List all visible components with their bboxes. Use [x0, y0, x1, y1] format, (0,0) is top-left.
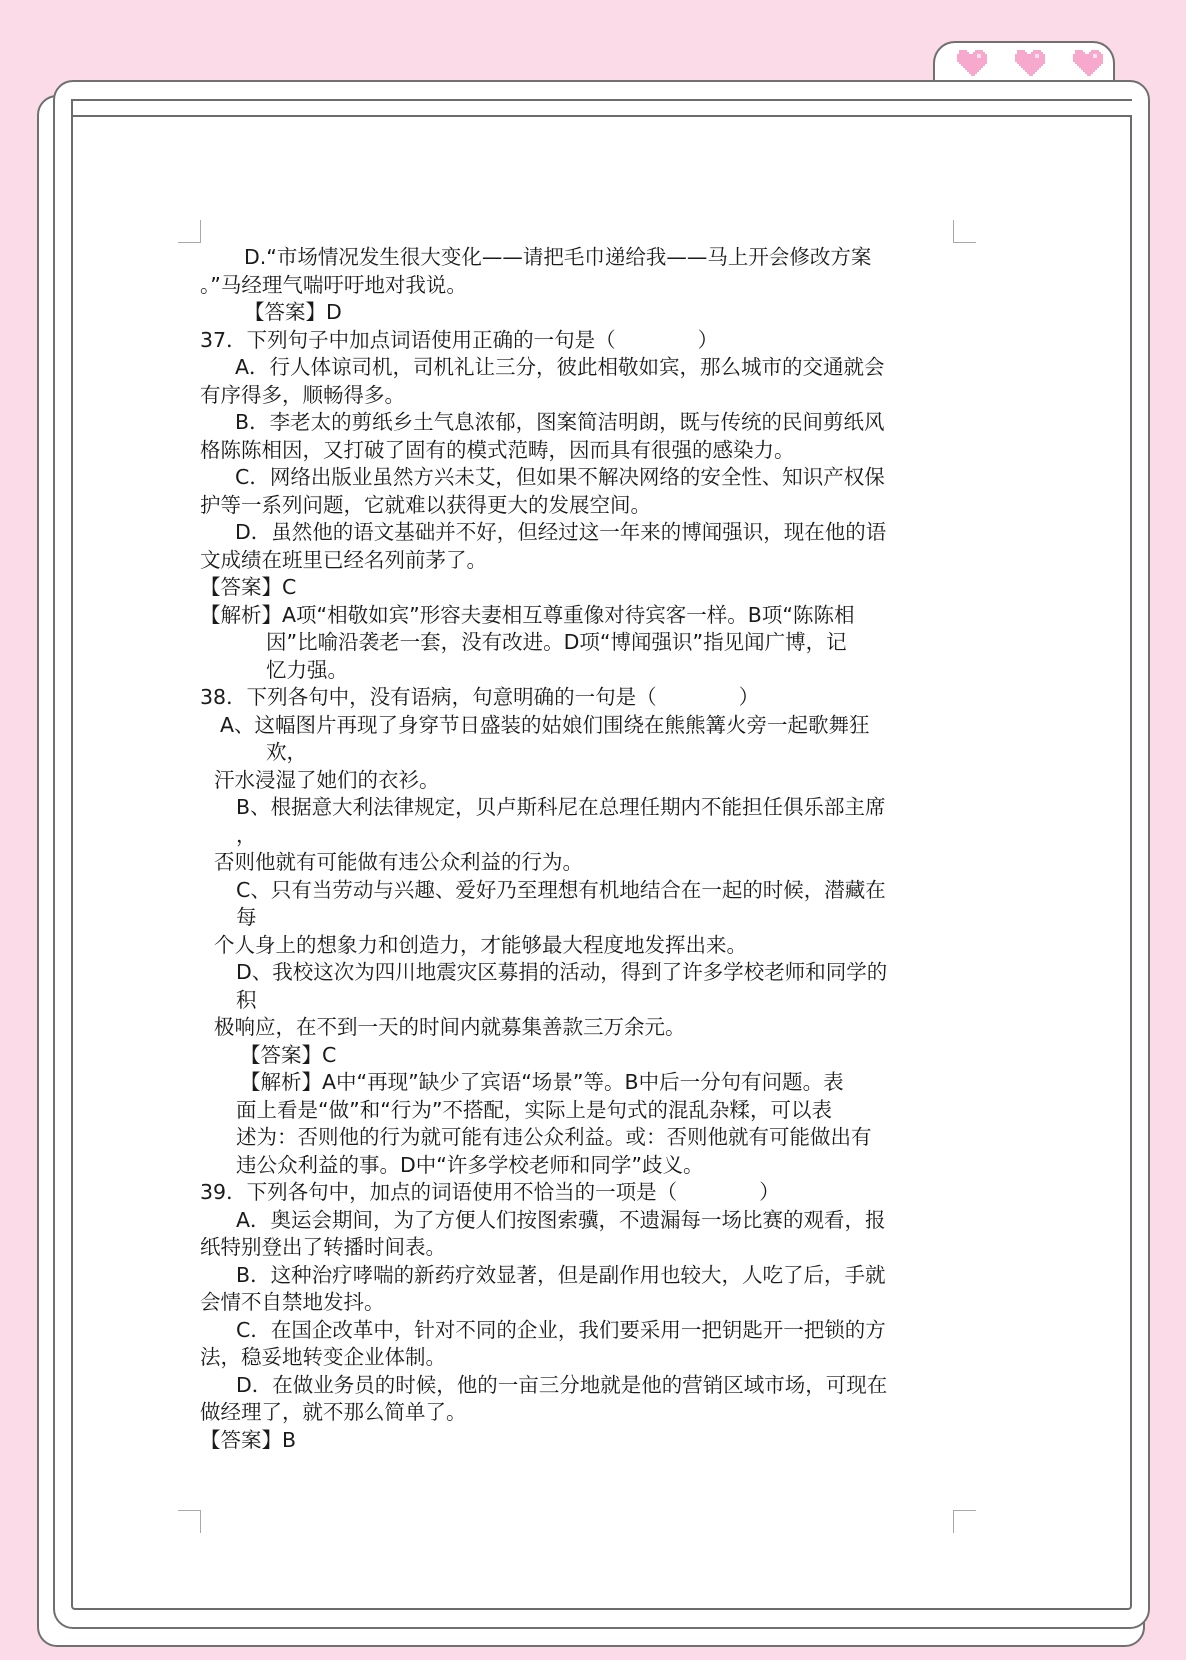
text-line: B、根据意大利法律规定，贝卢斯科尼在总理任期内不能担任俱乐部主席 — [200, 794, 952, 822]
text-line: 否则他就有可能做有违公众利益的行为。 — [200, 849, 952, 877]
text-line: B．这种治疗哮喘的新药疗效显著，但是副作用也较大，人吃了后，手就 — [200, 1262, 952, 1290]
text-line: 。”马经理气喘吁吁地对我说。 — [200, 272, 952, 300]
margin-corner-mark — [953, 220, 976, 243]
text-line: B．李老太的剪纸乡土气息浓郁，图案简洁明朗，既与传统的民间剪纸风 — [200, 409, 952, 437]
text-line: 个人身上的想象力和创造力，才能够最大程度地发挥出来。 — [200, 932, 952, 960]
text-line: 面上看是“做”和“行为”不搭配，实际上是句式的混乱杂糅，可以表 — [200, 1097, 952, 1125]
text-line: 欢， — [200, 739, 952, 767]
text-line: 汗水浸湿了她们的衣衫。 — [200, 767, 952, 795]
text-line: 【答案】B — [200, 1427, 952, 1455]
text-line: D．虽然他的语文基础并不好，但经过这一年来的博闻强识，现在他的语 — [200, 519, 952, 547]
text-line: 【答案】C — [200, 574, 952, 602]
text-line: A、这幅图片再现了身穿节日盛装的姑娘们围绕在熊熊篝火旁一起歌舞狂 — [200, 712, 952, 740]
text-line: 做经理了，就不那么简单了。 — [200, 1399, 952, 1427]
text-line: 忆力强。 — [200, 657, 952, 685]
text-line: 【解析】A中“再现”缺少了宾语“场景”等。B中后一分句有问题。表 — [200, 1069, 952, 1097]
text-line: 【解析】A项“相敬如宾”形容夫妻相互尊重像对待宾客一样。B项“陈陈相 — [200, 602, 952, 630]
margin-corner-mark — [178, 1510, 201, 1533]
text-line: 法，稳妥地转变企业体制。 — [200, 1344, 952, 1372]
text-line: ， — [200, 822, 952, 850]
text-line: C．在国企改革中，针对不同的企业，我们要采用一把钥匙开一把锁的方 — [200, 1317, 952, 1345]
document-body: D.“市场情况发生很大变化——请把毛巾递给我——马上开会修改方案。”马经理气喘吁… — [200, 244, 952, 1454]
inner-page-topbar — [71, 99, 1132, 117]
text-line: 因”比喻沿袭老一套，没有改进。D项“博闻强识”指见闻广博，记 — [200, 629, 952, 657]
text-line: 【答案】D — [200, 299, 952, 327]
heart-icon — [1013, 48, 1045, 78]
heart-icon — [1071, 48, 1103, 78]
text-line: 违公众利益的事。D中“许多学校老师和同学”歧义。 — [200, 1152, 952, 1180]
text-line: A．行人体谅司机，司机礼让三分，彼此相敬如宾，那么城市的交通就会 — [200, 354, 952, 382]
margin-corner-mark — [953, 1510, 976, 1533]
text-line: 每 — [200, 904, 952, 932]
heart-icon — [955, 48, 987, 78]
tab-joint — [935, 82, 1109, 92]
text-line: 【答案】C — [200, 1042, 952, 1070]
text-line: 37．下列句子中加点词语使用正确的一句是（ ） — [200, 327, 952, 355]
text-line: D.“市场情况发生很大变化——请把毛巾递给我——马上开会修改方案 — [200, 244, 952, 272]
text-line: 极响应，在不到一天的时间内就募集善款三万余元。 — [200, 1014, 952, 1042]
text-line: 纸特别登出了转播时间表。 — [200, 1234, 952, 1262]
text-line: 护等一系列问题，它就难以获得更大的发展空间。 — [200, 492, 952, 520]
text-line: C．网络出版业虽然方兴未艾，但如果不解决网络的安全性、知识产权保 — [200, 464, 952, 492]
text-line: D．在做业务员的时候，他的一亩三分地就是他的营销区域市场，可现在 — [200, 1372, 952, 1400]
margin-corner-mark — [178, 220, 201, 243]
text-line: 38．下列各句中，没有语病，句意明确的一句是（ ） — [200, 684, 952, 712]
text-line: 39．下列各句中，加点的词语使用不恰当的一项是（ ） — [200, 1179, 952, 1207]
text-line: 述为：否则他的行为就可能有违公众利益。或：否则他就有可能做出有 — [200, 1124, 952, 1152]
text-line: 文成绩在班里已经名列前茅了。 — [200, 547, 952, 575]
text-line: 有序得多，顺畅得多。 — [200, 382, 952, 410]
text-line: 格陈陈相因，又打破了固有的模式范畴，因而具有很强的感染力。 — [200, 437, 952, 465]
text-line: 积 — [200, 987, 952, 1015]
text-line: A．奥运会期间，为了方便人们按图索骥，不遗漏每一场比赛的观看，报 — [200, 1207, 952, 1235]
text-line: C、只有当劳动与兴趣、爱好乃至理想有机地结合在一起的时候，潜藏在 — [200, 877, 952, 905]
text-line: D、我校这次为四川地震灾区募捐的活动，得到了许多学校老师和同学的 — [200, 959, 952, 987]
text-line: 会情不自禁地发抖。 — [200, 1289, 952, 1317]
hearts-row — [955, 48, 1103, 78]
